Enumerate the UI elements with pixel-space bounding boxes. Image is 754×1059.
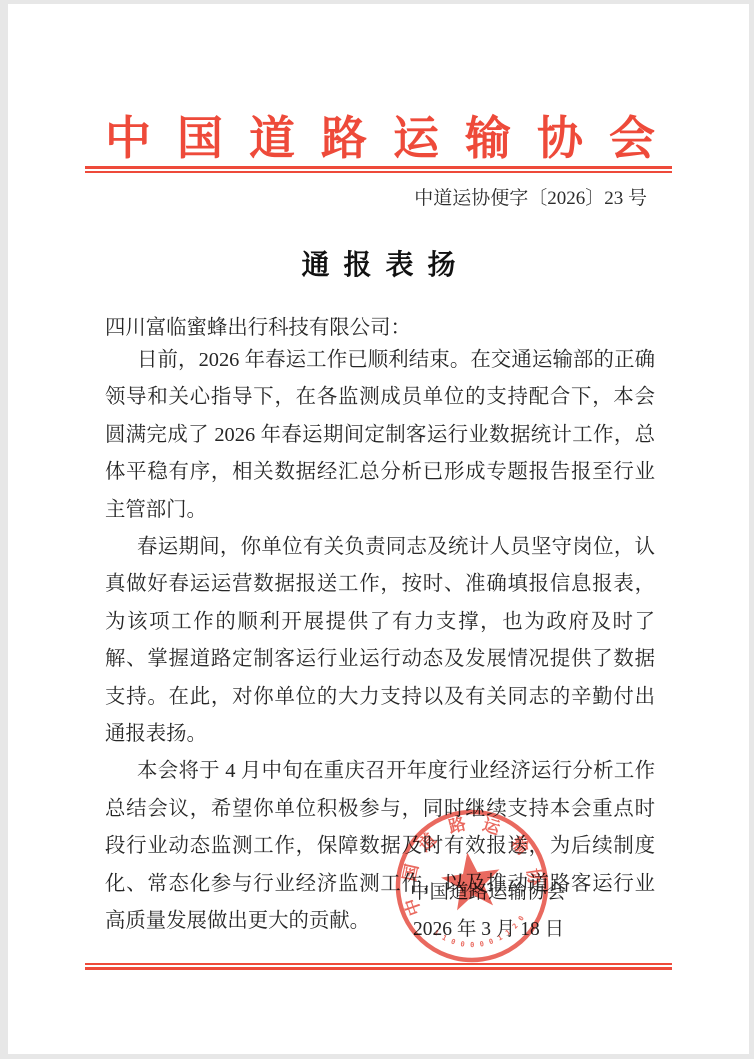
document-page: 中国道路运输协会 中道运协便字〔2026〕23 号 通报表扬 四川富临蜜蜂出行科… (0, 0, 754, 1059)
divider-line-thick (85, 166, 672, 169)
paragraph-2: 春运期间，你单位有关负责同志及统计人员坚守岗位，认真做好春运运营数据报送工作，按… (105, 529, 655, 753)
divider-line-thin (85, 171, 672, 173)
letterhead-divider (85, 166, 672, 173)
star-icon (438, 848, 504, 912)
document-title: 通报表扬 (85, 243, 672, 283)
divider-line-thick (85, 967, 672, 970)
document-number: 中道运协便字〔2026〕23 号 (85, 183, 672, 210)
letterhead-org-name: 中国道路运输协会 (85, 102, 672, 168)
divider-line-thin (85, 963, 672, 965)
paragraph-3: 本会将于 4 月中旬在重庆召开年度行业经济运行分析工作总结会议，希望你单位积极参… (105, 753, 655, 940)
paragraph-1: 日前，2026 年春运工作已顺利结束。在交通运输部的正确领导和关心指导下，在各监… (105, 342, 655, 529)
footer-divider (85, 963, 672, 970)
official-seal-icon: 中国道路运输协会 11000001120 (382, 796, 563, 977)
document-body: 日前，2026 年春运工作已顺利结束。在交通运输部的正确领导和关心指导下，在各监… (105, 342, 655, 941)
salutation: 四川富临蜜蜂出行科技有限公司： (105, 311, 655, 340)
